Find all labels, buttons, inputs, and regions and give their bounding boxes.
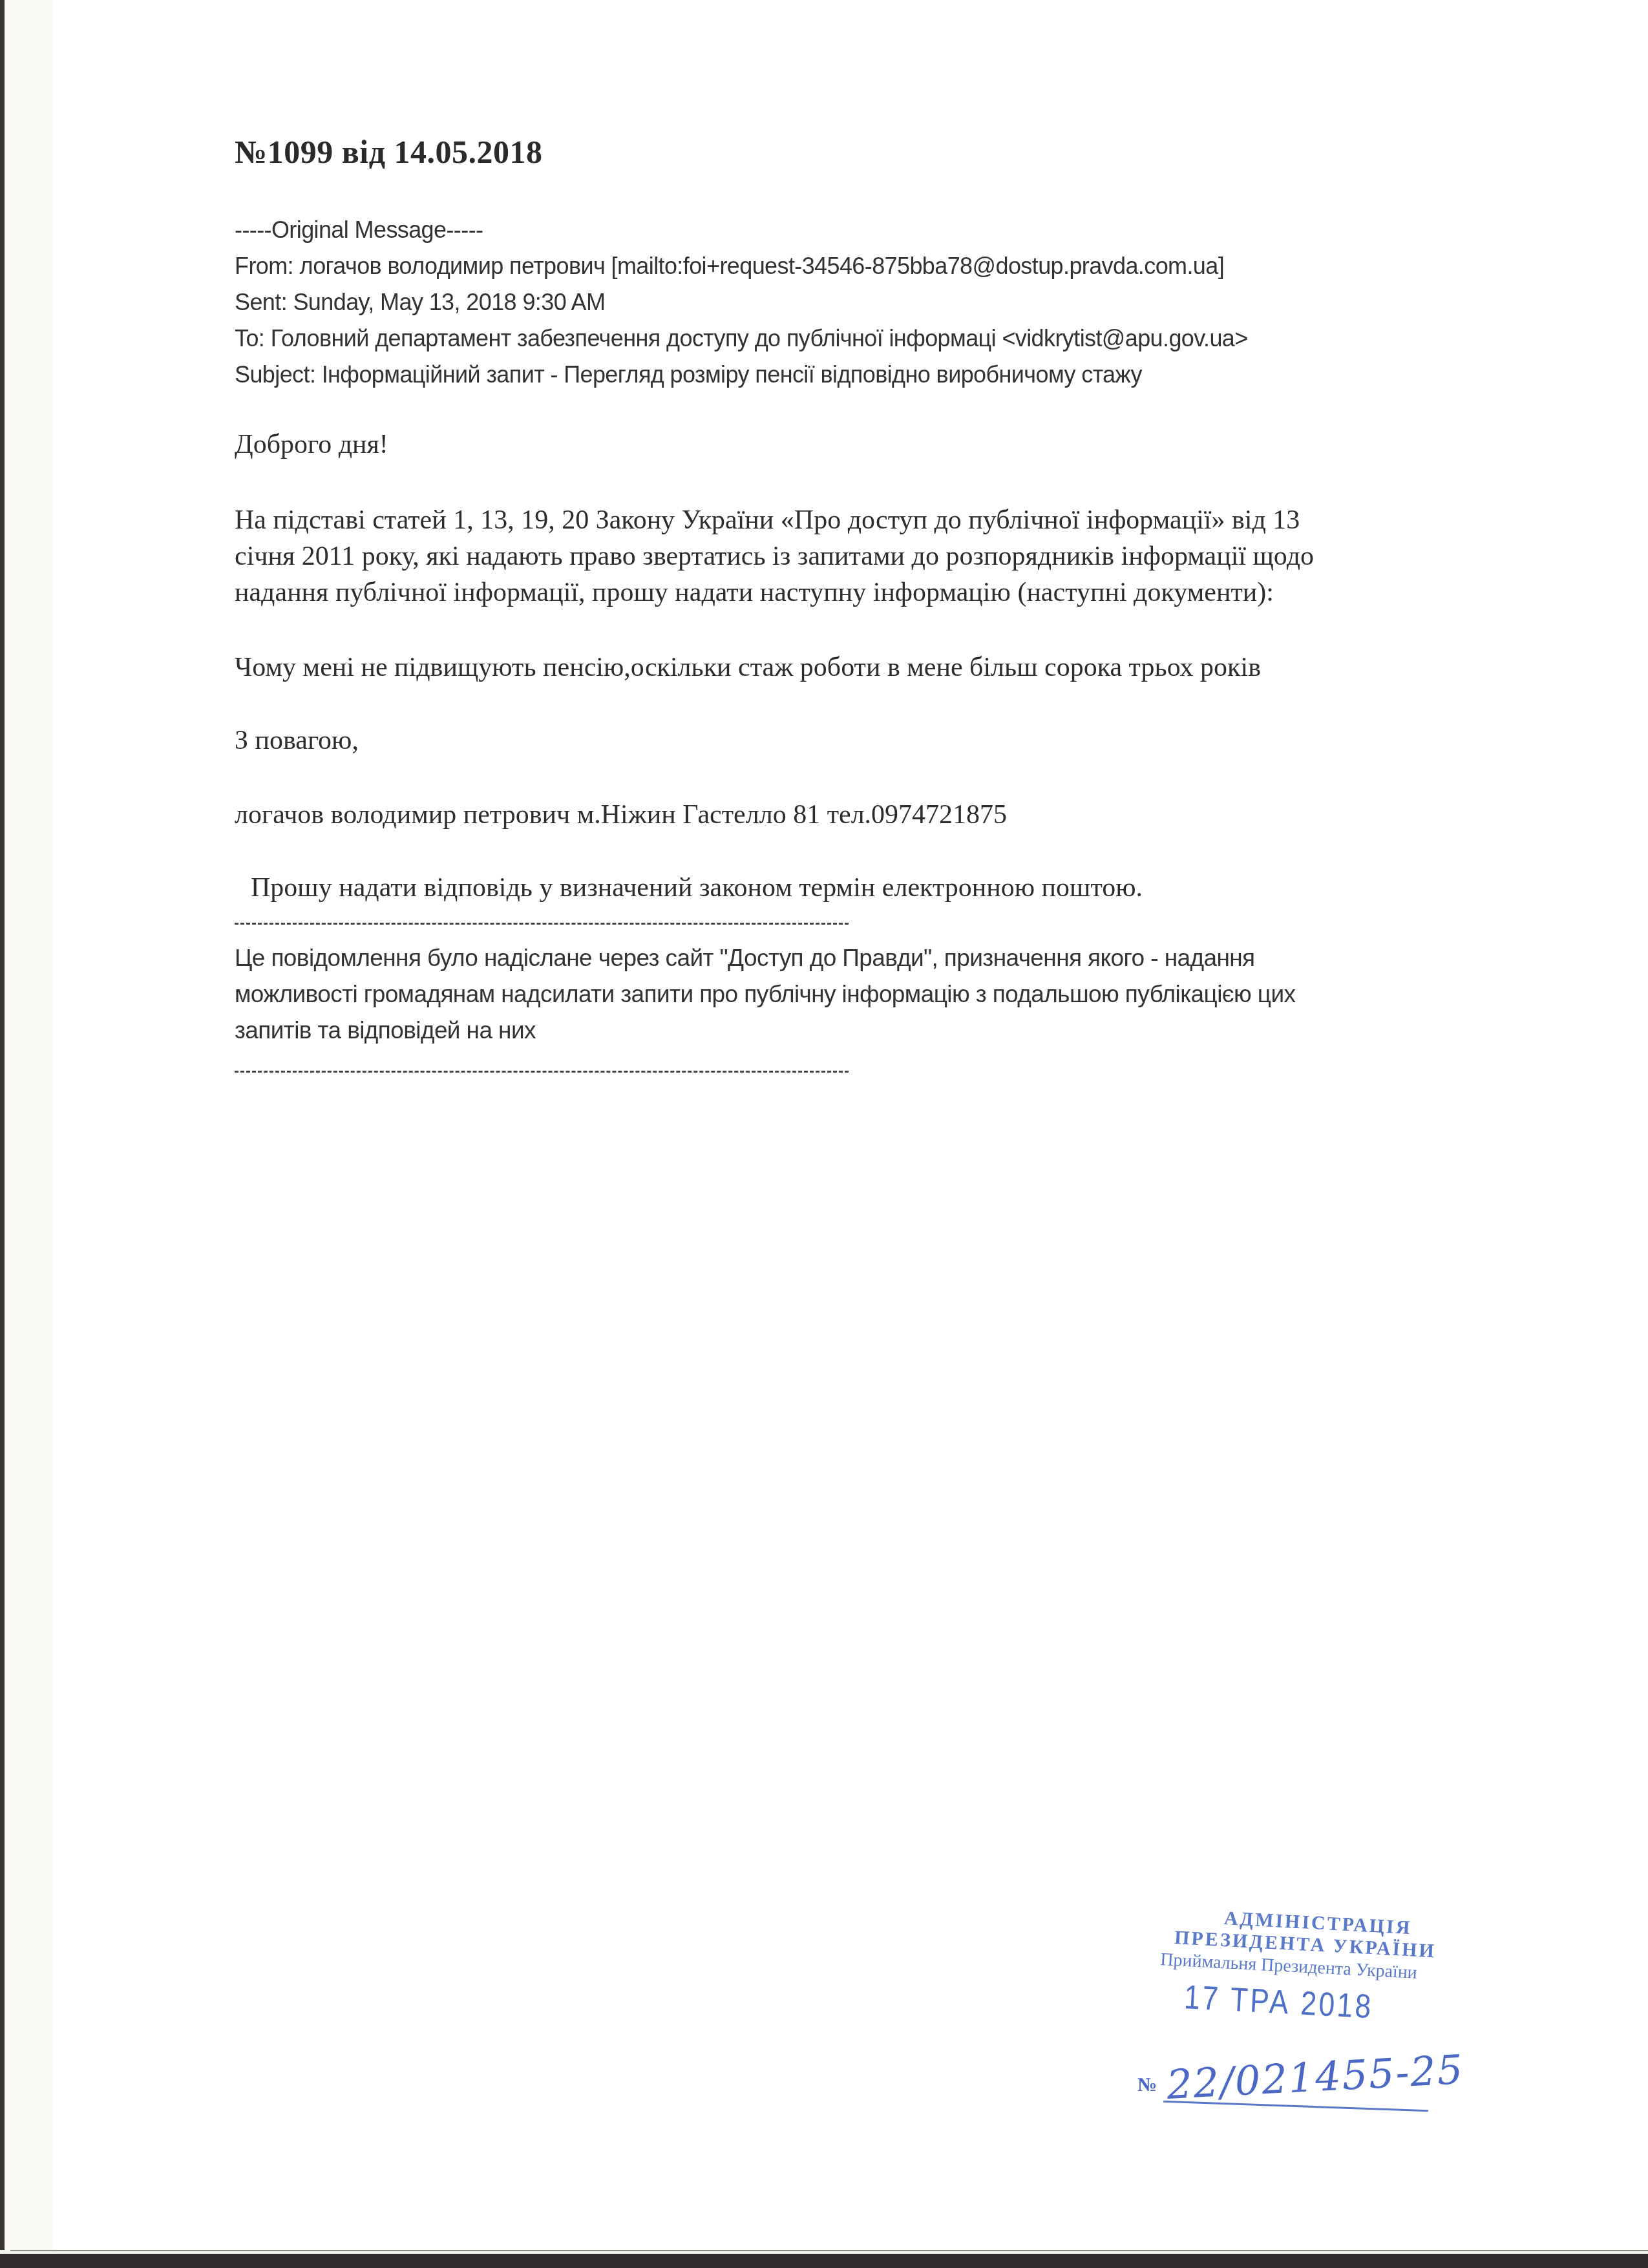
reception-stamp: АДМІНІСТРАЦІЯ ПРЕЗИДЕНТА УКРАЇНИ Приймал… [1132,1903,1448,2035]
email-sent: Sent: Sunday, May 13, 2018 9:30 AM [235,284,1248,320]
footer-note: Це повідомлення було надіслане через сай… [235,940,1514,1049]
registration-number: № 22/021455-25 [1137,2048,1474,2113]
document-page: №1099 від 14.05.2018 -----Original Messa… [0,0,1648,2249]
paragraph-line: надання публічної інформації, прошу нада… [235,574,1314,611]
scan-edge-bottom [0,2254,1648,2268]
document-number-title: №1099 від 14.05.2018 [235,133,542,171]
email-from: From: логачов володимир петрович [mailto… [235,248,1248,284]
request-paragraph: На підставі статей 1, 13, 19, 20 Закону … [235,502,1314,611]
stamp-date: 17 ТРА 2018 [1183,1978,1374,2026]
footer-line: Це повідомлення було надіслане через сай… [235,940,1514,976]
scan-bottom-line [10,2250,1648,2251]
closing-request: Прошу надати відповідь у визначений зако… [251,870,1143,906]
request-question: Чому мені не підвищують пенсію,оскільки … [235,649,1261,686]
email-subject: Subject: Інформаційний запит - Перегляд … [235,357,1248,393]
separator-top [235,923,849,927]
email-header: -----Original Message----- From: логачов… [235,212,1248,393]
handwritten-registration-number: 22/021455-25 [1165,2046,1465,2108]
number-sign: № [1137,2074,1157,2096]
email-to: To: Головний департамент забезпечення до… [235,320,1248,357]
separator-bottom [235,1071,849,1075]
original-message-marker: -----Original Message----- [235,212,1248,248]
paragraph-line: На підставі статей 1, 13, 19, 20 Закону … [235,502,1314,538]
greeting: Доброго дня! [235,426,388,463]
signature: логачов володимир петрович м.Ніжин Гасте… [235,797,1007,833]
paragraph-line: січня 2011 року, які надають право зверт… [235,538,1314,574]
footer-line: можливості громадянам надсилати запити п… [235,976,1514,1013]
footer-line: запитів та відповідей на них [235,1013,1514,1049]
regards: З повагою, [235,722,359,759]
